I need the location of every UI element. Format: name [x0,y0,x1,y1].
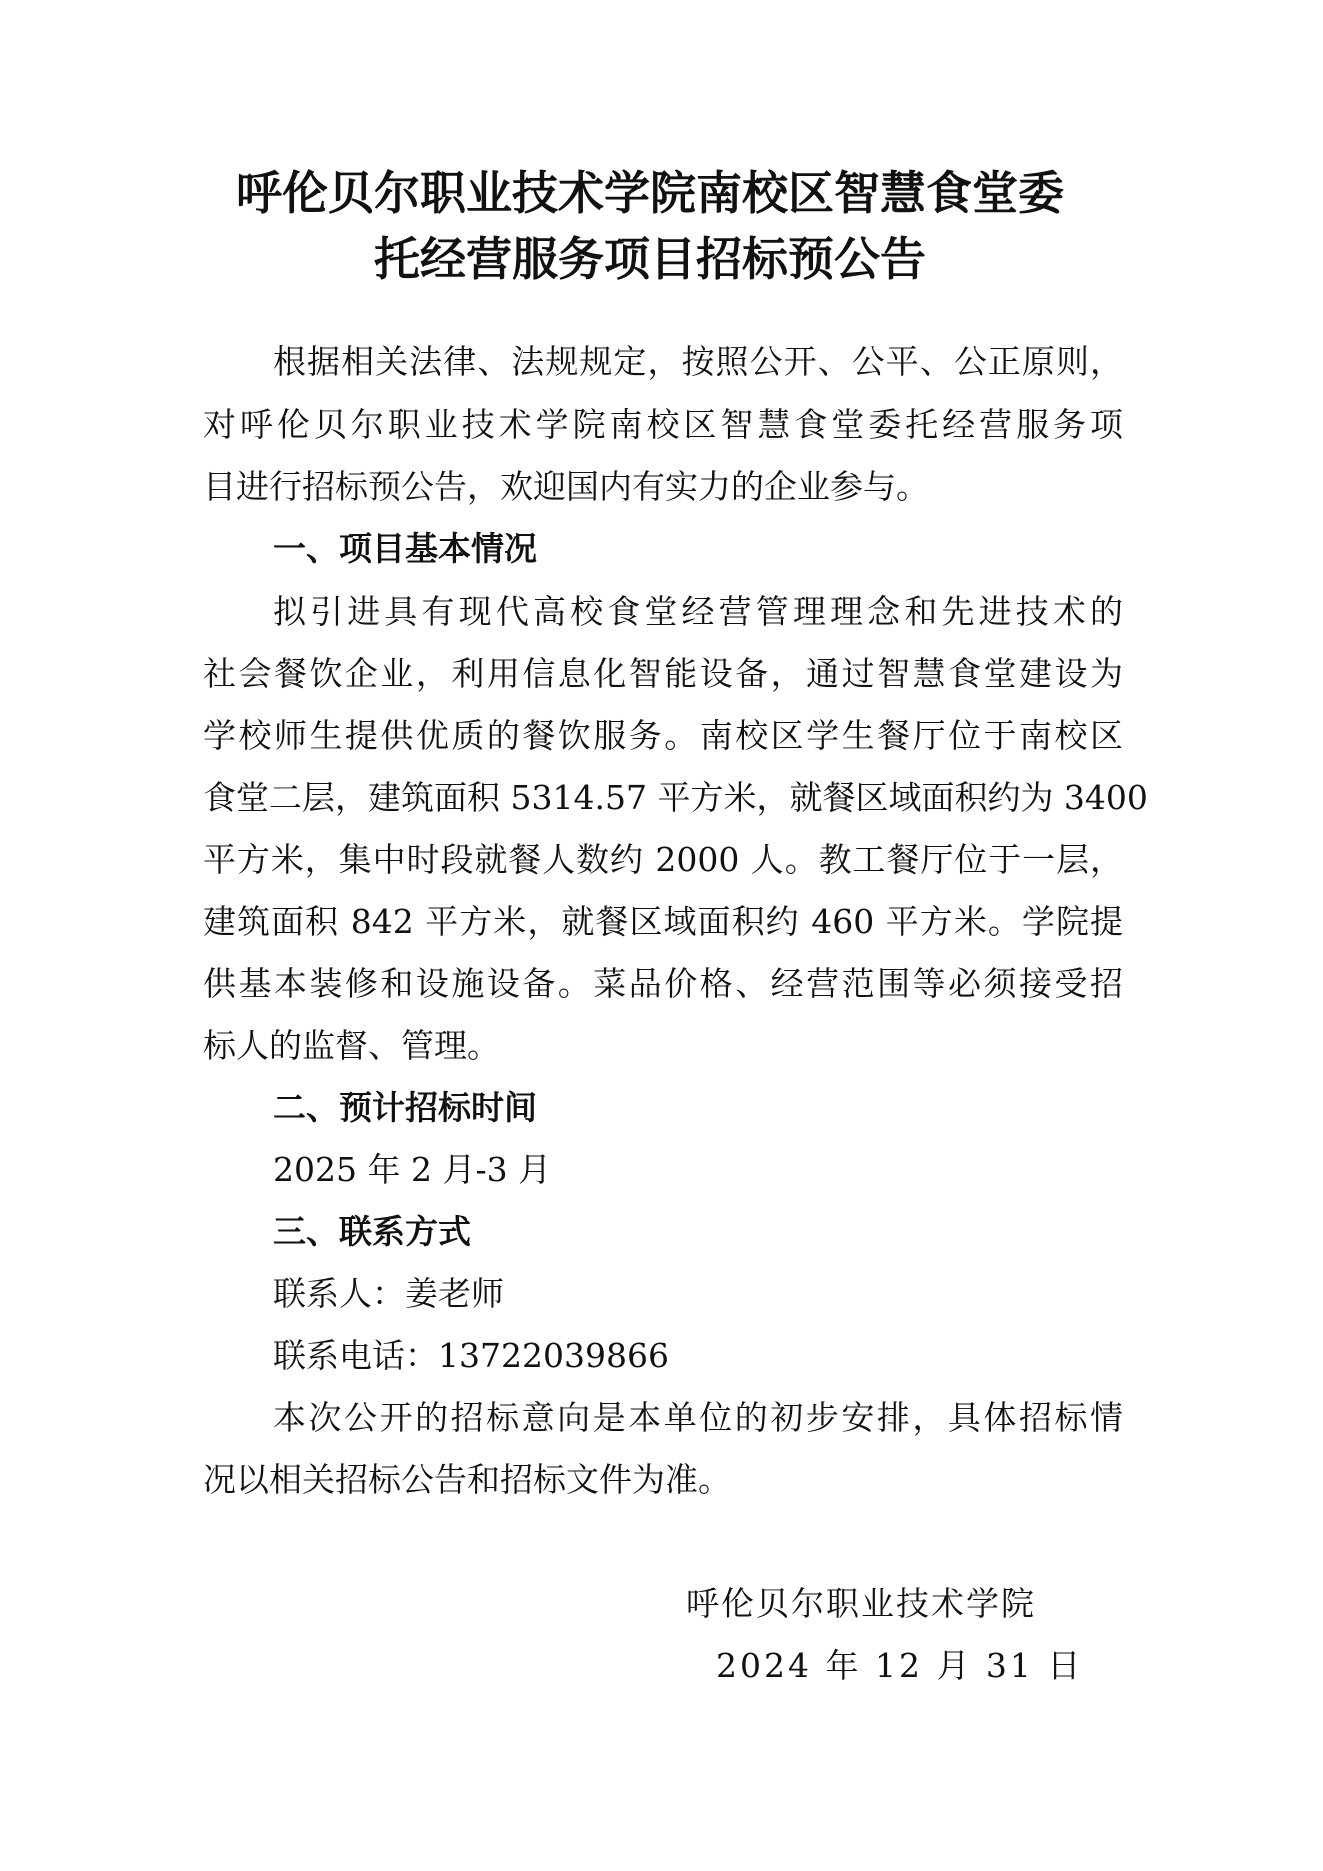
section-1-line: 供基本装修和设施设备。菜品价格、经营范围等必须接受招 [203,964,1123,1004]
intro-paragraph-line: 目进行招标预公告，欢迎国内有实力的企业参与。 [203,467,929,507]
section-1-heading: 一、项目基本情况 [273,529,537,569]
section-1-line: 食堂二层，建筑面积 5314.57 平方米，就餐区域面积约为 3400 [203,778,1123,818]
signature-date: 2024 年 12 月 31 日 [716,1646,1083,1686]
section-1-line: 拟引进具有现代高校食堂经营管理理念和先进技术的 [273,592,1123,632]
contact-person: 联系人：姜老师 [273,1274,504,1314]
tender-period: 2025 年 2 月-3 月 [273,1150,551,1190]
contact-phone: 联系电话：13722039866 [273,1336,669,1376]
section-2-heading: 二、预计招标时间 [273,1088,537,1128]
document-title-line-2: 托经营服务项目招标预公告 [150,226,1150,292]
closing-line: 本次公开的招标意向是本单位的初步安排，具体招标情 [273,1398,1123,1438]
section-3-heading: 三、联系方式 [273,1212,471,1252]
closing-line: 况以相关招标公告和招标文件为准。 [203,1460,731,1500]
signature-organization: 呼伦贝尔职业技术学院 [686,1584,1036,1624]
section-1-line: 社会餐饮企业，利用信息化智能设备，通过智慧食堂建设为 [203,654,1123,694]
document-title-line-1: 呼伦贝尔职业技术学院南校区智慧食堂委 [150,160,1150,226]
section-1-line: 学校师生提供优质的餐饮服务。南校区学生餐厅位于南校区 [203,716,1123,756]
section-1-line: 建筑面积 842 平方米，就餐区域面积约 460 平方米。学院提 [203,902,1123,942]
document-page: 呼伦贝尔职业技术学院南校区智慧食堂委 托经营服务项目招标预公告 根据相关法律、法… [0,0,1323,1871]
intro-paragraph-line: 根据相关法律、法规规定，按照公开、公平、公正原则， [273,342,1123,382]
section-1-line: 平方米，集中时段就餐人数约 2000 人。教工餐厅位于一层， [203,840,1123,880]
intro-paragraph-line: 对呼伦贝尔职业技术学院南校区智慧食堂委托经营服务项 [203,405,1123,445]
section-1-line: 标人的监督、管理。 [203,1026,500,1066]
